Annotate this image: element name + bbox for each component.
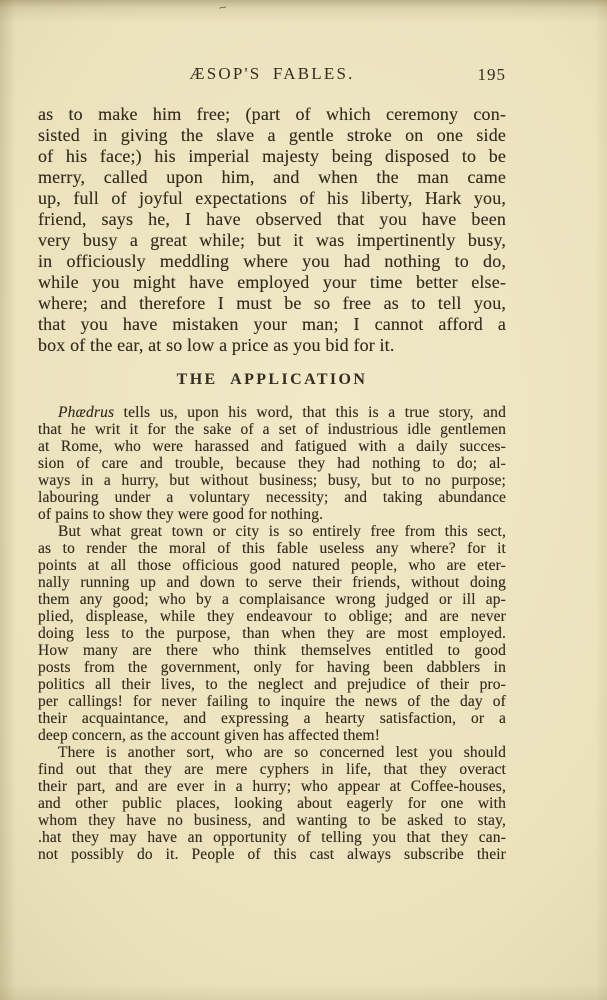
text-line: sisted in giving the slave a gentle stro… [38, 125, 506, 146]
text-line: as to render the moral of this fable use… [38, 540, 506, 557]
text-line: deep concern, as the account given has a… [38, 727, 506, 744]
page-header: ÆSOP'S FABLES. 195 [38, 64, 506, 86]
text-line: up, full of joyful expectations of his l… [38, 188, 506, 209]
text-line: politics all their lives, to the neglect… [38, 676, 506, 693]
text-line: There is another sort, who are so concer… [38, 744, 506, 761]
text-line: per callings! for never failing to inqui… [38, 693, 506, 710]
justified-lines: There is another sort, who are so concer… [38, 744, 506, 863]
text-line: box of the ear, at so low a price as you… [38, 335, 506, 356]
text-column: ÆSOP'S FABLES. 195 as to make him free; … [38, 0, 506, 863]
paragraph-application-2: But what great town or city is so entire… [38, 523, 506, 744]
running-title: ÆSOP'S FABLES. [38, 64, 506, 84]
paragraph-application-3: There is another sort, who are so concer… [38, 744, 506, 863]
text-line: of his face;) his imperial majesty being… [38, 146, 506, 167]
text-line: at Rome, who were harassed and fatigued … [38, 438, 506, 455]
text-line: whom they have no business, and wanting … [38, 812, 506, 829]
text-line: How many are there who think themselves … [38, 642, 506, 659]
text-line: them any good; who by a complaisance wro… [38, 591, 506, 608]
text-line: doing less to the purpose, than when the… [38, 625, 506, 642]
application-heading: THE APPLICATION [38, 371, 506, 391]
page-number: 195 [478, 65, 507, 85]
justified-lines: But what great town or city is so entire… [38, 523, 506, 727]
text-line: not possibly do it. People of this cast … [38, 846, 506, 863]
paragraph-application-1: Phædrus tells us, upon his word, that th… [38, 404, 506, 523]
text-line: ways in a hurry, but without business; b… [38, 472, 506, 489]
text-line: nally running up and down to serve their… [38, 574, 506, 591]
italic-lead-word: Phædrus [58, 404, 114, 421]
text-line: in officiously meddling where you had no… [38, 251, 506, 272]
text-line: very busy a great while; but it was impe… [38, 230, 506, 251]
text-line: their acquaintance, and expressing a hea… [38, 710, 506, 727]
text-line: that you have mistaken your man; I canno… [38, 314, 506, 335]
paragraph-fable-conclusion: as to make him free; (part of which cere… [38, 104, 506, 356]
text-line: friend, says he, I have observed that yo… [38, 209, 506, 230]
justified-lines: that he writ it for the sake of a set of… [38, 421, 506, 506]
text-line: merry, called upon him, and when the man… [38, 167, 506, 188]
text-line: But what great town or city is so entire… [38, 523, 506, 540]
text-line: while you might have employed your time … [38, 272, 506, 293]
text-line: their part, and are ever in a hurry; who… [38, 778, 506, 795]
text-line: points at all those officious good natur… [38, 557, 506, 574]
book-page: ∼ ÆSOP'S FABLES. 195 as to make him free… [0, 0, 607, 1000]
text-line: sion of care and trouble, because they h… [38, 455, 506, 472]
justified-lines: as to make him free; (part of which cere… [38, 104, 506, 335]
text-line: that he writ it for the sake of a set of… [38, 421, 506, 438]
text-line: where; and therefore I must be so free a… [38, 293, 506, 314]
text-line: find out that they are mere cyphers in l… [38, 761, 506, 778]
text-line: .hat they may have an opportunity of tel… [38, 829, 506, 846]
text-line-rest: tells us, upon his word, that this is a … [114, 404, 506, 421]
text-line: posts from the government, only for havi… [38, 659, 506, 676]
text-line: of pains to show they were good for noth… [38, 506, 506, 523]
text-line: plied, displease, while they endeavour t… [38, 608, 506, 625]
text-line: and other public places, looking about e… [38, 795, 506, 812]
text-line: Phædrus tells us, upon his word, that th… [38, 404, 506, 421]
text-line: labouring under a voluntary necessity; a… [38, 489, 506, 506]
text-line: as to make him free; (part of which cere… [38, 104, 506, 125]
